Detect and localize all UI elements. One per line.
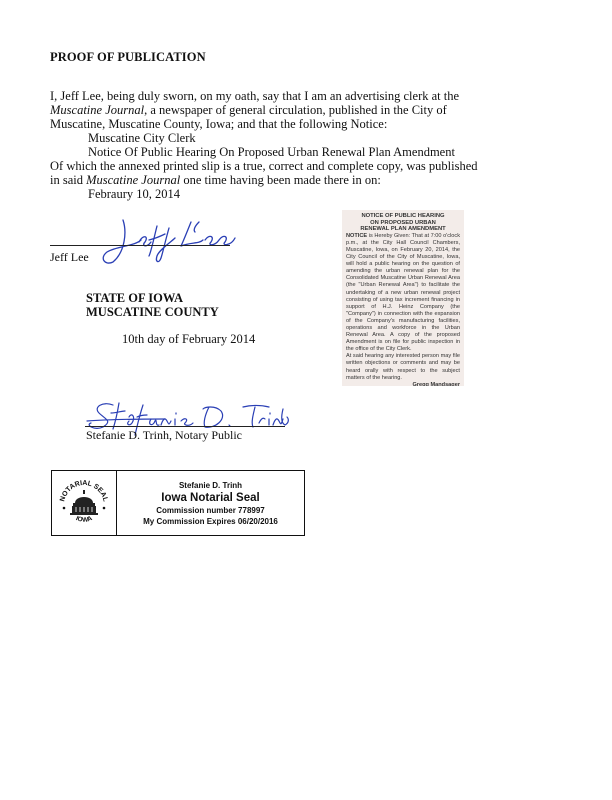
affidavit-line: Muscatine Journal, a newspaper of genera… — [50, 103, 520, 117]
svg-text:IOWA: IOWA — [75, 515, 94, 524]
clipping-heading: NOTICE OF PUBLIC HEARING — [346, 213, 460, 220]
newspaper-clipping: NOTICE OF PUBLIC HEARING ON PROPOSED URB… — [342, 210, 464, 386]
venue: STATE OF IOWA MUSCATINE COUNTY — [86, 291, 219, 319]
seal-icon-cell: NOTARIAL SEAL IOWA — [52, 471, 117, 535]
notarial-seal-icon: NOTARIAL SEAL IOWA — [56, 475, 112, 531]
seal-heading: Iowa Notarial Seal — [161, 491, 259, 505]
seal-commission-number: Commission number 778997 — [156, 505, 264, 516]
clipping-heading: RENEWAL PLAN AMENDMENT — [346, 226, 460, 233]
affidavit-text: I, Jeff Lee, being duly sworn, on my oat… — [50, 89, 520, 201]
affidavit-line: in said Muscatine Journal one time havin… — [50, 173, 520, 187]
affidavit-line: I, Jeff Lee, being duly sworn, on my oat… — [50, 89, 520, 103]
notary-name: Stefanie D. Trinh, Notary Public — [86, 428, 242, 443]
venue-state: STATE OF IOWA — [86, 291, 219, 305]
affiant-signature-line — [50, 245, 230, 246]
notary-signature-line — [85, 426, 285, 427]
clipping-signer: Gregg Mandsager — [346, 382, 460, 386]
affidavit-line: Of which the annexed printed slip is a t… — [50, 159, 520, 173]
venue-county: MUSCATINE COUNTY — [86, 305, 219, 319]
seal-text: Stefanie D. Trinh Iowa Notarial Seal Com… — [117, 471, 304, 535]
document-title: PROOF OF PUBLICATION — [50, 50, 206, 65]
sworn-date: 10th day of February 2014 — [122, 332, 255, 347]
seal-commission-expires: My Commission Expires 06/20/2016 — [143, 516, 278, 527]
seal-notary-name: Stefanie D. Trinh — [179, 480, 242, 491]
affiant-name: Jeff Lee — [50, 250, 89, 265]
clipping-paragraph: NOTICE is Hereby Given: That at 7:00 o'c… — [346, 233, 460, 354]
notice-from: Muscatine City Clerk — [50, 131, 520, 145]
notarial-seal-stamp: NOTARIAL SEAL IOWA Stefa — [51, 470, 305, 536]
newspaper-name: Muscatine Journal — [86, 173, 180, 187]
notice-title: Notice Of Public Hearing On Proposed Urb… — [50, 145, 520, 159]
clipping-paragraph: At said hearing any interested person ma… — [346, 353, 460, 381]
clipping-heading: ON PROPOSED URBAN — [346, 220, 460, 227]
affiant-signature — [95, 212, 240, 267]
publication-date: Febraury 10, 2014 — [50, 187, 520, 201]
newspaper-name: Muscatine Journal — [50, 103, 144, 117]
affidavit-line: Muscatine, Muscatine County, Iowa; and t… — [50, 117, 520, 131]
